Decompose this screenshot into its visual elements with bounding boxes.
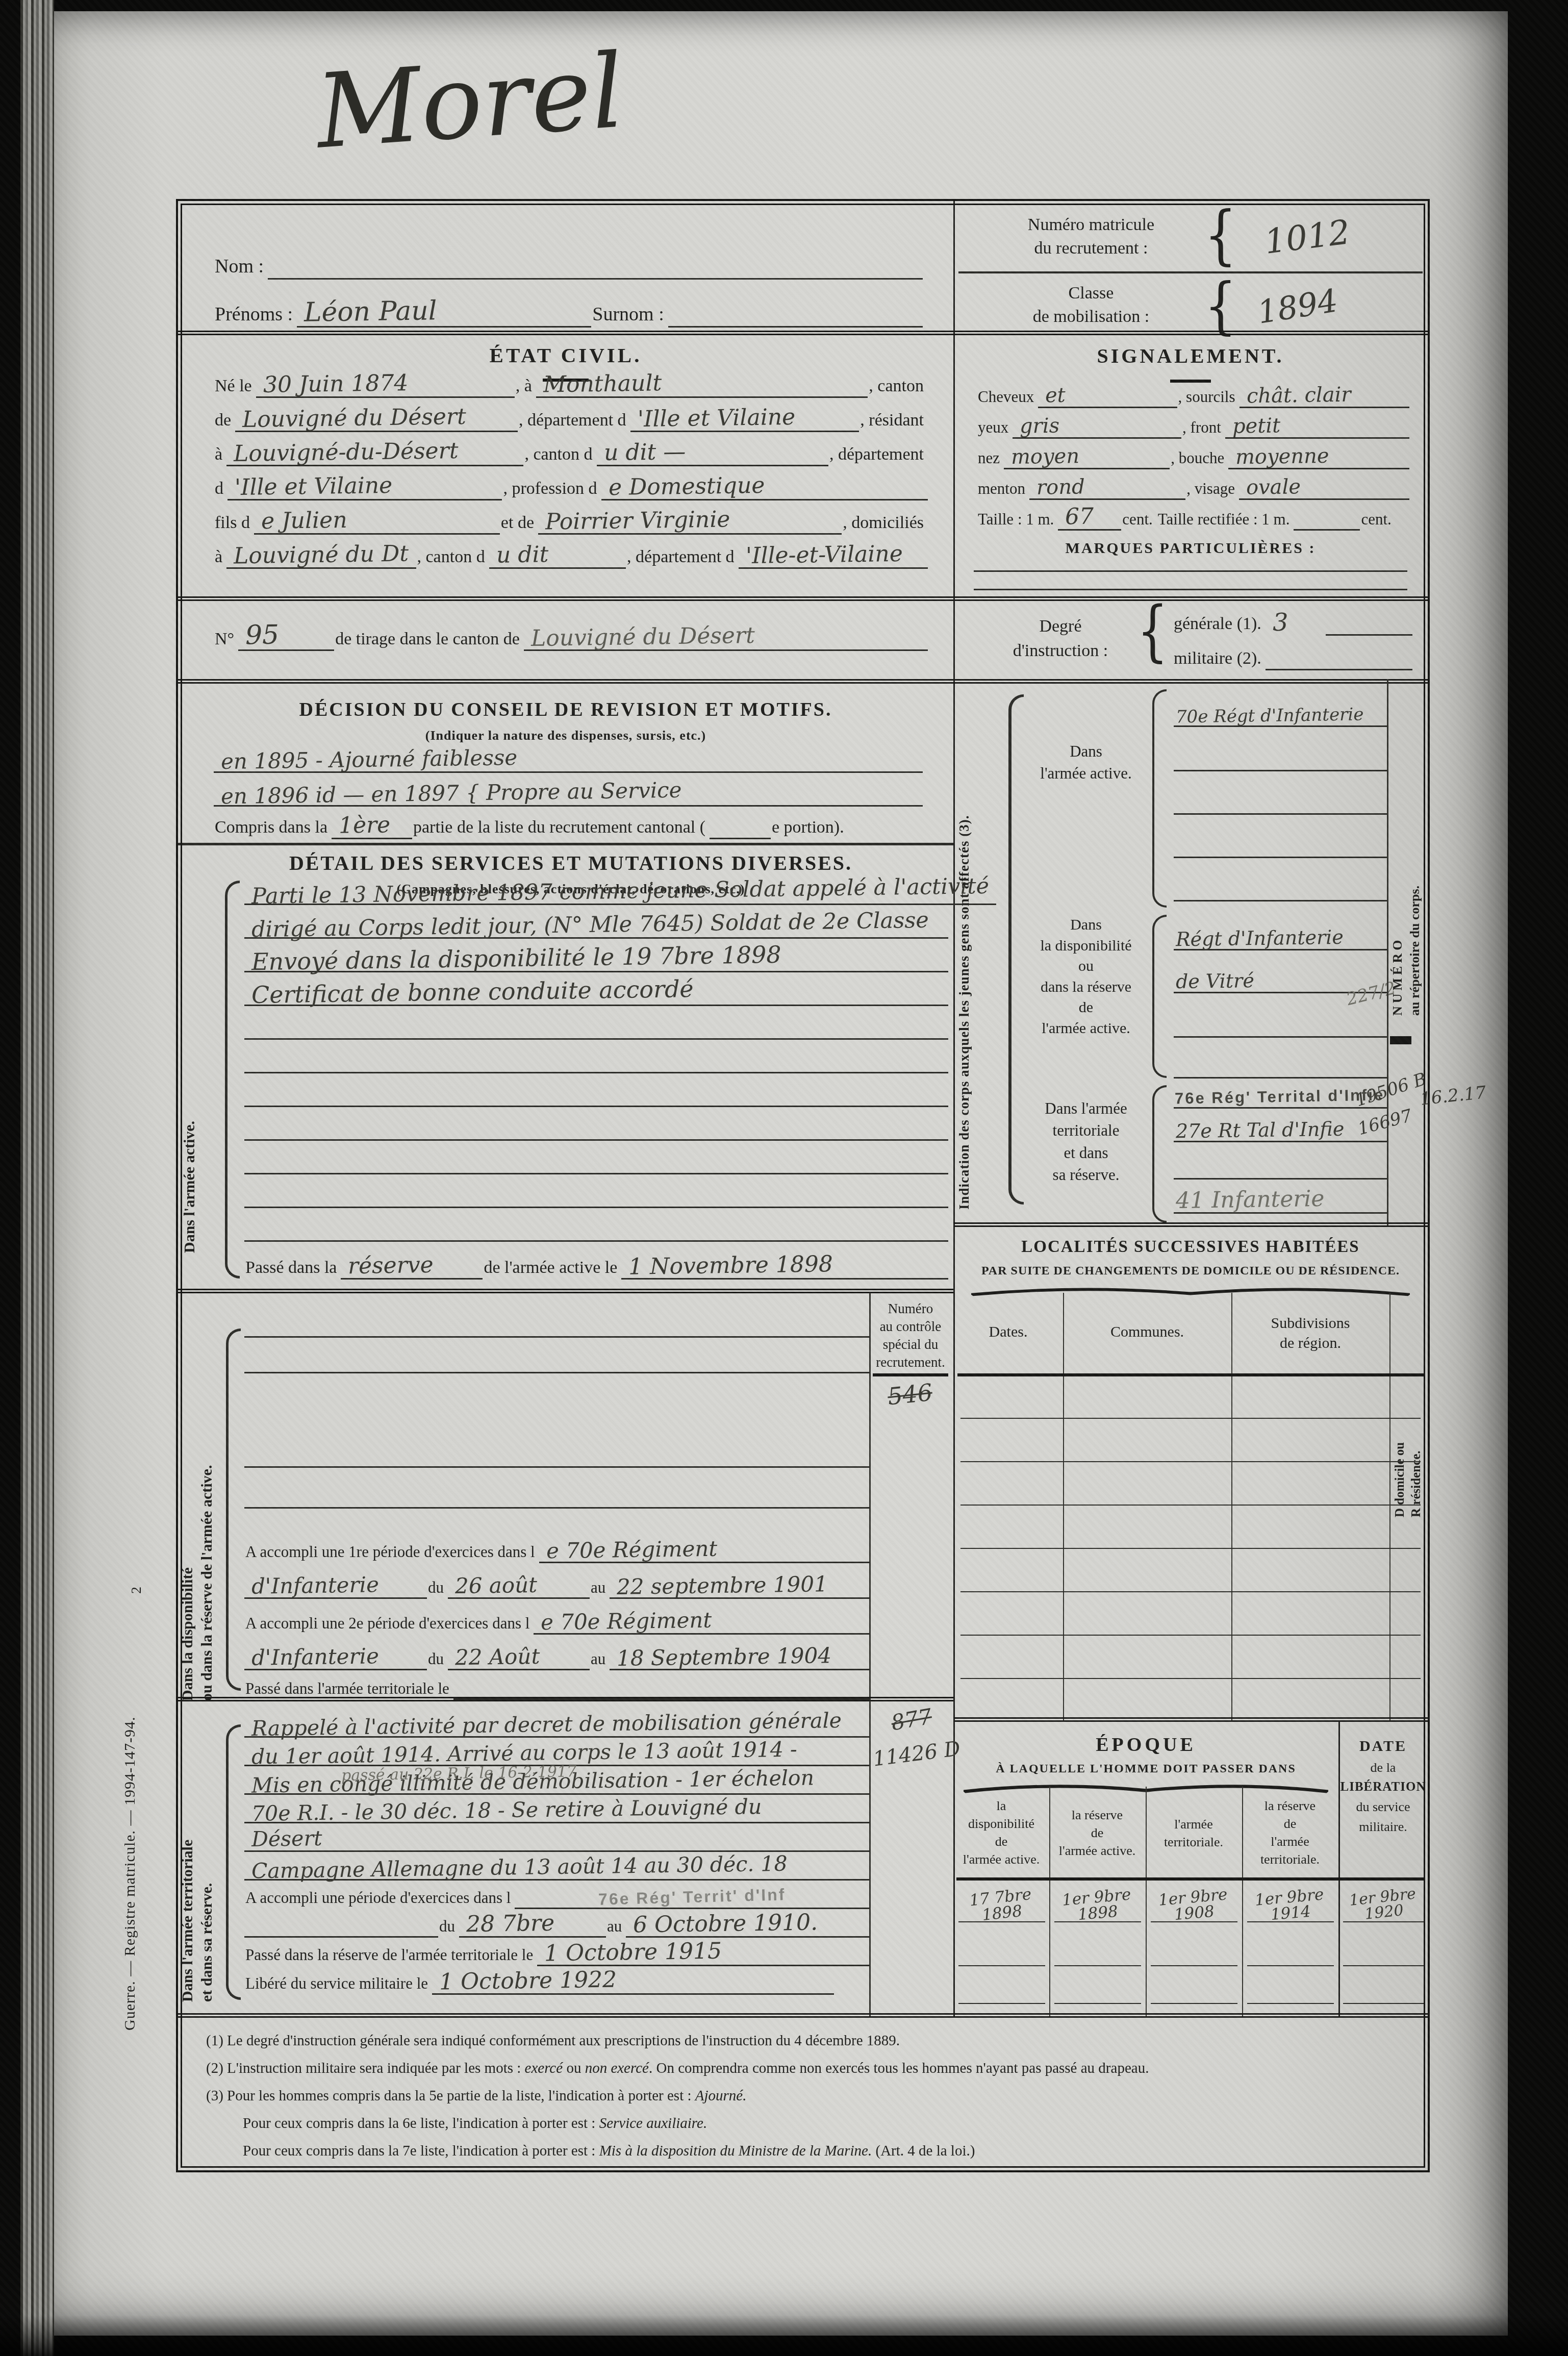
- nom-row: Nom :: [214, 248, 923, 280]
- header-right: Numéro matricule du recrutement : { 1012…: [953, 201, 1428, 335]
- a-label: , à: [515, 377, 536, 398]
- surnom-line: [668, 326, 923, 328]
- corps-terr-value-3: 41 Infanterie: [1174, 1189, 1387, 1214]
- epoque-empty-rule-3b: [1151, 2003, 1237, 2004]
- terr-periode-stamp-cell: 76e Rég' Territ' d'Inf: [515, 1888, 869, 1909]
- terr-line-1-value: Rappelé à l'activité par decret de mobil…: [244, 1714, 869, 1738]
- p2-value: e 70e Régiment: [534, 1611, 869, 1635]
- territoriale-margin-number-2: 11426 D: [872, 1739, 962, 1770]
- corps-dispo-brace-icon: [1152, 915, 1167, 1078]
- dispo-p1-row-b: d'Infanterie du 26 août au 22 septembre …: [244, 1568, 869, 1599]
- p2-du-label: du: [427, 1651, 448, 1670]
- epoque-section: ÉPOQUE À LAQUELLE L'HOMME DOIT PASSER DA…: [953, 1721, 1428, 2017]
- terr-periode-label: A accompli une période d'exercices dans …: [244, 1890, 515, 1909]
- tirage-row: N° 95 de tirage dans le canton de Louvig…: [214, 615, 928, 651]
- corps-side-caption: Indication des corps auxquels les jeunes…: [956, 699, 972, 1210]
- yeux-label: yeux: [977, 419, 1013, 439]
- footnotes-top-line: [178, 2013, 1428, 2018]
- matricule-label: Numéro matricule du recrutement :: [984, 213, 1198, 260]
- localites-header-rule: [957, 1373, 1424, 1376]
- visage-value: ovale: [1239, 477, 1409, 500]
- cheveux-label: Cheveux: [977, 389, 1038, 408]
- localites-row-6: [960, 1635, 1421, 1636]
- epoque-value-rule-3: [1151, 1921, 1237, 1922]
- menton-value: rond: [1029, 477, 1185, 500]
- corps-dispo-label: Dans la disponibilité ou dans la réserve…: [1022, 915, 1150, 1039]
- services-empty-line-5: [244, 1038, 948, 1040]
- numero-controle-value-wrap: 546: [872, 1383, 948, 1406]
- epoque-col-4: la réserve de l'armée territoriale.: [1244, 1797, 1336, 1868]
- corps-dispo-line-4: [1174, 1077, 1387, 1079]
- p2-date-2: 18 Septembre 1904: [610, 1646, 869, 1670]
- terr-margin-divider: [869, 1701, 871, 2017]
- dispo-passe-terr-row: Passé dans l'armée territoriale le: [244, 1671, 869, 1700]
- epoque-value-3: 1er 9bre 1908: [1147, 1890, 1241, 1921]
- etat-civil-title: ÉTAT CIVIL.: [178, 343, 953, 367]
- localites-row-7: [960, 1678, 1421, 1679]
- services-empty-line-10: [244, 1207, 948, 1208]
- epoque-header-rule: [956, 1877, 1425, 1881]
- localites-col-divider-3: [1389, 1293, 1390, 1721]
- corps-active-value-row: 70e Régt d'Infanterie: [1174, 697, 1387, 727]
- epoque-value-rule-5: [1343, 1921, 1424, 1922]
- epoque-empty-rule-4b: [1247, 2003, 1334, 2004]
- terr-line-3-value: Mis en congé illimité de démobilisation …: [244, 1771, 869, 1795]
- terr-line-1: Rappelé à l'activité par decret de mobil…: [244, 1708, 869, 1738]
- dom-canton-value: u dit: [489, 544, 626, 569]
- classe-label: Classe de mobilisation :: [984, 282, 1198, 329]
- decision-section: DÉCISION DU CONSEIL DE REVISION ET MOTIF…: [178, 683, 953, 844]
- taille-value: 67: [1058, 506, 1121, 531]
- localites-row-4: [960, 1548, 1421, 1549]
- localites-row-3: [960, 1505, 1421, 1506]
- cheveux-value: et: [1038, 385, 1177, 408]
- degre-brace-icon: {: [1137, 592, 1168, 669]
- services-line-4-value: Certificat de bonne conduite accordé: [244, 980, 948, 1006]
- signalement-section: SIGNALEMENT. Cheveux et , sourcils chât.…: [953, 335, 1428, 596]
- sig-row-1: Cheveux et , sourcils chât. clair: [977, 380, 1409, 408]
- res-canton-value: u dit —: [597, 441, 828, 466]
- etat-row-4: d 'Ille et Vilaine , profession d e Dome…: [214, 469, 928, 500]
- degre-generale-label: générale (1).: [1173, 615, 1266, 636]
- terr-passe-date: 1 Octobre 1915: [537, 1941, 869, 1966]
- res-a-label: à: [214, 445, 226, 466]
- terr-libere-row: Libéré du service militaire le 1 Octobre…: [244, 1965, 869, 1995]
- territoriale-brace-icon: [226, 1724, 241, 2000]
- services-brace-icon: [225, 881, 240, 1279]
- terr-periode-row-a: A accompli une période d'exercices dans …: [244, 1879, 869, 1909]
- bouche-value: moyenne: [1228, 446, 1409, 469]
- tirage-no-label: N°: [214, 630, 238, 651]
- degre-label: Degré d'instruction :: [989, 614, 1132, 663]
- decision-title: DÉCISION DU CONSEIL DE REVISION ET MOTIF…: [193, 698, 938, 721]
- etat-row-5: fils d e Julien et de Poirrier Virginie …: [214, 503, 928, 535]
- dom-a-label: à: [214, 548, 226, 569]
- corps-terr-value-row-2: 27e Rt Tal d'Infie: [1174, 1114, 1387, 1142]
- services-empty-line-11: [244, 1240, 948, 1242]
- dispo-empty-line-3: [244, 1466, 869, 1468]
- epoque-value-1: 17 7bre 1898: [954, 1890, 1048, 1921]
- numero-controle-header: Numéro au contrôle spécial du recrutemen…: [872, 1300, 949, 1371]
- compris-value: 1ère: [332, 814, 412, 839]
- de-label: de: [214, 411, 235, 432]
- degre-generale-row: générale (1). 3: [1173, 606, 1412, 636]
- corps-terr-brace-icon: [1152, 1085, 1167, 1223]
- marques-line-1: [974, 570, 1407, 572]
- pere-value: e Julien: [254, 510, 500, 535]
- services-section: DÉTAIL DES SERVICES ET MUTATIONS DIVERSE…: [178, 845, 953, 1293]
- taille-rect-label: Taille rectifiée : 1 m.: [1157, 511, 1294, 531]
- services-empty-line-8: [244, 1139, 948, 1141]
- terr-periode-stamp: 76e Rég' Territ' d'Inf: [598, 1885, 786, 1909]
- corps-terr-number-1: 19506 B: [1353, 1070, 1428, 1110]
- localites-wavy-rule-icon: [971, 1284, 1410, 1297]
- sig-row-2: yeux gris , front petit: [977, 410, 1409, 439]
- degre-militaire-line: [1266, 669, 1412, 670]
- compris-label: Compris dans la: [214, 818, 332, 839]
- corps-side-brace-icon: [1008, 694, 1024, 1205]
- corps-dispo-line-3: [1174, 1036, 1387, 1038]
- decision-line-2: en 1896 id — en 1897 { Propre au Service: [214, 777, 923, 807]
- footnote-4: Pour ceux compris dans la 6e liste, l'in…: [243, 2112, 707, 2135]
- header-right-divider: [958, 271, 1423, 273]
- corps-active-brace-icon: [1152, 689, 1167, 908]
- decision-compris-row: Compris dans la 1ère partie de la liste …: [214, 810, 923, 839]
- p1-date-2: 22 septembre 1901: [610, 1575, 869, 1599]
- terr-du-label: du: [438, 1918, 459, 1938]
- terr-passe-label: Passé dans la réserve de l'armée territo…: [244, 1947, 537, 1966]
- p2-au-label: au: [590, 1651, 610, 1670]
- epoque-date-divider: [1338, 1721, 1340, 2017]
- numero-controle-divider: [869, 1293, 871, 1701]
- corps-active-line-2: [1174, 770, 1387, 771]
- services-title: DÉTAIL DES SERVICES ET MUTATIONS DIVERSE…: [209, 851, 933, 875]
- dispo-empty-line-2: [244, 1372, 869, 1373]
- terr-libere-label: Libéré du service militaire le: [244, 1975, 432, 1995]
- nez-value: moyen: [1004, 446, 1170, 469]
- degre-generale-line: [1326, 634, 1412, 636]
- scanned-register-photo: Guerre. — Registre matricule. — 1994-147…: [0, 0, 1568, 2356]
- etat-row-3: à Louvigné-du-Désert , canton d u dit — …: [214, 435, 928, 466]
- dom-dept-label: , département d: [626, 548, 739, 569]
- territoriale-side-label: Dans l'armée territoriale et dans sa rés…: [179, 1726, 216, 2002]
- services-line-3: Envoyé dans la disponibilité le 19 7bre …: [244, 942, 948, 972]
- corps-terr-label: Dans l'armée territoriale et dans sa rés…: [1022, 1097, 1150, 1186]
- degre-section: Degré d'instruction : { générale (1). 3 …: [953, 601, 1428, 679]
- footnote-3: (3) Pour les hommes compris dans la 5e p…: [206, 2085, 746, 2108]
- services-line-1: Parti le 13 Novembre 1897 comme jeune So…: [244, 874, 948, 905]
- degre-militaire-row: militaire (2).: [1173, 641, 1412, 670]
- terr-line-4: 70e R.I. - le 30 déc. 18 - Se retire à L…: [244, 1794, 869, 1823]
- photo-bottom-shadow: [0, 2315, 1568, 2356]
- services-passe-value: réserve: [341, 1255, 483, 1280]
- services-empty-line-6: [244, 1072, 948, 1073]
- sig-row-taille: Taille : 1 m. 67 cent. Taille rectifiée …: [977, 502, 1409, 531]
- localites-col-dr: D domicile ou R résidence.: [1393, 1303, 1424, 1517]
- nom-signature: Morel: [313, 40, 627, 164]
- p1-value: e 70e Régiment: [539, 1539, 869, 1563]
- tirage-no-value: 95: [238, 622, 334, 651]
- header-left: Nom : Prénoms : Léon Paul Surnom :: [178, 201, 953, 335]
- etat-row-2: de Louvigné du Désert , département d 'I…: [214, 400, 928, 432]
- localites-row-1: [960, 1418, 1421, 1419]
- numero-controle-value: 546: [887, 1381, 933, 1409]
- prenoms-value: Léon Paul: [297, 298, 591, 328]
- canton-label: , canton: [868, 377, 928, 398]
- epoque-value-rule-4: [1247, 1921, 1334, 1922]
- p2-label: A accompli une 2e période d'exercices da…: [244, 1615, 534, 1635]
- decision-line-2-value: en 1896 id — en 1897 { Propre au Service: [214, 783, 923, 807]
- dispo-brace-icon: [226, 1329, 241, 1691]
- corps-active-label: Dans l'armée active.: [1022, 740, 1150, 785]
- epoque-empty-rule-4a: [1247, 1965, 1334, 1966]
- terr-line-2: du 1er août 1914. Arrivé au corps le 13 …: [244, 1737, 869, 1766]
- yeux-value: gris: [1013, 416, 1181, 439]
- corps-active-value: 70e Régt d'Infanterie: [1174, 707, 1387, 727]
- prof-label: , profession d: [502, 480, 601, 500]
- services-passe-label: Passé dans la: [244, 1259, 341, 1280]
- terr-line-5-value: Désert: [244, 1828, 869, 1852]
- mere-value: Poirrier Virginie: [538, 510, 842, 535]
- territoriale-margin-number-1: 877: [890, 1706, 933, 1734]
- epoque-empty-rule-3a: [1151, 1965, 1237, 1966]
- prof-value: e Domestique: [601, 475, 928, 500]
- visage-label: , visage: [1185, 481, 1239, 500]
- dom-dept-value: 'Ille-et-Vilaine: [739, 544, 928, 569]
- p1-du-label: du: [427, 1580, 448, 1599]
- compris-label-3: e portion).: [771, 818, 848, 839]
- terr-periode-row-b: du 28 7bre au 6 Octobre 1910.: [244, 1908, 869, 1938]
- etat-civil-section: ÉTAT CIVIL. Né le 30 Juin 1874 , à Month…: [178, 335, 953, 596]
- margin-page-number: 2: [129, 1587, 145, 1594]
- terr-line-5: Désert: [244, 1822, 869, 1852]
- matricule-brace-icon: {: [1204, 197, 1237, 272]
- corps-dispo-value-row-1: Régt d'Infanterie: [1174, 921, 1387, 950]
- p1-label: A accompli une 1re période d'exercices d…: [244, 1544, 539, 1563]
- terr-periode-date-1: 28 7bre: [459, 1913, 606, 1938]
- marques-label: MARQUES PARTICULIÈRES :: [953, 540, 1428, 557]
- dispo-empty-line-1: [244, 1336, 869, 1338]
- res-dept-label: , département: [828, 445, 928, 466]
- epoque-value-2: 1er 9bre 1898: [1050, 1890, 1144, 1921]
- terr-line-4-value: 70e R.I. - le 30 déc. 18 - Se retire à L…: [244, 1800, 869, 1823]
- menton-label: menton: [977, 481, 1029, 500]
- localites-col-subdivisions: Subdivisions de région.: [1231, 1313, 1389, 1353]
- domicilies-label: , domiciliés: [842, 514, 928, 535]
- epoque-value-4: 1er 9bre 1914: [1243, 1890, 1337, 1921]
- terr-au-label: au: [606, 1918, 626, 1938]
- margin-caption: Guerre. — Registre matricule. — 1994-147…: [121, 1592, 150, 2051]
- degre-generale-value: 3: [1266, 610, 1326, 636]
- corps-active-line-3: [1174, 813, 1387, 815]
- footnote-5: Pour ceux compris dans la 7e liste, l'in…: [243, 2140, 975, 2163]
- numero-repertoire-divider: [1387, 679, 1388, 1226]
- bouche-label: , bouche: [1170, 450, 1228, 469]
- margin-caption-text: Guerre. — Registre matricule. — 1994-147…: [121, 1592, 139, 2031]
- corps-terr-value-2: 27e Rt Tal d'Infie: [1174, 1120, 1387, 1142]
- epoque-empty-rule-1b: [958, 2003, 1045, 2004]
- ne-lieu: Monthault: [536, 373, 868, 398]
- epoque-value-rule-1: [958, 1921, 1045, 1922]
- localites-col-communes: Communes.: [1063, 1323, 1231, 1341]
- localites-section: LOCALITÉS SUCCESSIVES HABITÉES PAR SUITE…: [953, 1226, 1428, 1721]
- ne-label: Né le: [214, 377, 256, 398]
- res-canton-label: , canton d: [523, 445, 596, 466]
- cent2-label: cent.: [1360, 511, 1395, 531]
- services-line-4: Certificat de bonne conduite accordé: [244, 975, 948, 1006]
- numero-repertoire-caption: NUMÉRO au répertoire du corps.: [1390, 684, 1423, 1016]
- p1-value-2: d'Infanterie: [244, 1575, 427, 1599]
- services-line-2-value: dirigé au Corps ledit jour, (N° Mle 7645…: [244, 914, 948, 939]
- cent-label: cent.: [1121, 511, 1156, 531]
- epoque-col-3: l'armée territoriale.: [1148, 1815, 1240, 1851]
- fils-label: fils d: [214, 514, 254, 535]
- nez-label: nez: [977, 450, 1004, 469]
- dispo-empty-line-4: [244, 1507, 869, 1509]
- corps-active-line-4: [1174, 857, 1387, 858]
- matricule-value: 1012: [1263, 215, 1352, 259]
- corps-dispo-value-1: Régt d'Infanterie: [1174, 929, 1387, 950]
- epoque-date-title: DATE de la LIBÉRATION du service militai…: [1338, 1735, 1428, 1837]
- decision-line-1: en 1895 - Ajourné faiblesse: [214, 743, 923, 773]
- epoque-empty-rule-1a: [958, 1965, 1045, 1966]
- decision-subtitle: (Indiquer la nature des dispenses, sursi…: [193, 728, 938, 743]
- tirage-canton-value: Louvigné du Désert: [524, 626, 928, 651]
- classe-value: 1894: [1255, 285, 1340, 329]
- services-passe-label-2: de l'armée active le: [483, 1259, 621, 1280]
- localites-col-dates: Dates.: [953, 1323, 1063, 1341]
- corps-active-line-5: [1174, 900, 1387, 901]
- sourcils-label: , sourcils: [1177, 389, 1240, 408]
- res-dept-d: d: [214, 480, 227, 500]
- numero-repertoire-mark: [1390, 1036, 1411, 1044]
- corps-section: Indication des corps auxquels les jeunes…: [953, 679, 1428, 1226]
- localites-title: LOCALITÉS SUCCESSIVES HABITÉES: [953, 1238, 1428, 1257]
- front-label: , front: [1181, 419, 1225, 439]
- taille-label: Taille : 1 m.: [977, 511, 1058, 531]
- terr-stamp: 76e Rég' Territal d'Infie: [1175, 1086, 1385, 1108]
- dispo-side-label: Dans la disponibilité ou dans la réserve…: [179, 1323, 216, 1701]
- marques-line-2: [974, 589, 1407, 590]
- dispo-p2-row-b: d'Infanterie du 22 Août au 18 Septembre …: [244, 1640, 869, 1670]
- epoque-title: ÉPOQUE: [953, 1734, 1338, 1756]
- dom-value: Louvigné du Dt: [226, 544, 416, 569]
- epoque-value-rule-2: [1054, 1921, 1141, 1922]
- ne-date: 30 Juin 1874: [256, 373, 515, 398]
- degre-militaire-label: militaire (2).: [1173, 649, 1266, 670]
- epoque-empty-rule-2b: [1054, 2003, 1141, 2004]
- decision-line-1-value: en 1895 - Ajourné faiblesse: [214, 749, 923, 773]
- epoque-empty-rule-5a: [1343, 1965, 1424, 1966]
- terr-line-3: Mis en congé illimité de démobilisation …: [244, 1765, 869, 1795]
- dept-label: , département d: [518, 411, 630, 432]
- territoriale-section: Dans l'armée territoriale et dans sa rés…: [178, 1701, 953, 2017]
- matricule-form: Nom : Prénoms : Léon Paul Surnom : Numér…: [176, 199, 1430, 2172]
- dom-canton-label: , canton d: [416, 548, 489, 569]
- surnom-label: Surnom :: [591, 305, 668, 328]
- compris-portion-line: [710, 838, 771, 839]
- terr-line-6: Campagne Allemagne du 13 août 14 au 30 d…: [244, 1851, 869, 1881]
- res-dept-value: 'Ille et Vilaine: [227, 475, 502, 500]
- epoque-empty-rule-2a: [1054, 1965, 1141, 1966]
- sourcils-value: chât. clair: [1240, 385, 1409, 408]
- res-value: Louvigné-du-Désert: [226, 441, 523, 466]
- p2-value-2: d'Infanterie: [244, 1646, 427, 1670]
- etat-signalement-bottom-line: [178, 596, 1428, 601]
- terr-line-6-value: Campagne Allemagne du 13 août 14 au 30 d…: [244, 1857, 869, 1881]
- localites-subtitle: PAR SUITE DE CHANGEMENTS DE DOMICILE OU …: [953, 1264, 1428, 1278]
- tirage-text: de tirage dans le canton de: [334, 630, 524, 651]
- services-side-label: Dans l'armée active.: [181, 967, 198, 1253]
- taille-rect-line: [1294, 529, 1360, 531]
- nom-line: [268, 278, 923, 280]
- p2-date-1: 22 Août: [448, 1646, 590, 1670]
- dispo-p1-row-a: A accompli une 1re période d'exercices d…: [244, 1533, 869, 1563]
- terr-periode-date-2: 6 Octobre 1910.: [626, 1913, 869, 1938]
- sig-row-4: menton rond , visage ovale: [977, 471, 1409, 500]
- etat-row-6: à Louvigné du Dt , canton d u dit , dépa…: [214, 537, 928, 569]
- terr-libere-date: 1 Octobre 1922: [432, 1970, 834, 1995]
- services-line-2: dirigé au Corps ledit jour, (N° Mle 7645…: [244, 908, 948, 939]
- terr-passe-row: Passé dans la réserve de l'armée territo…: [244, 1937, 869, 1966]
- localites-row-5: [960, 1591, 1421, 1592]
- epoque-empty-rule-5b: [1343, 2003, 1424, 2004]
- services-empty-line-9: [244, 1173, 948, 1174]
- residant-label: , résidant: [859, 411, 928, 432]
- prenoms-label: Prénoms :: [214, 305, 297, 328]
- footnote-2: (2) L'instruction militaire sera indiqué…: [206, 2057, 1149, 2080]
- canton-value: Louvigné du Désert: [235, 407, 518, 432]
- tirage-section: N° 95 de tirage dans le canton de Louvig…: [178, 601, 953, 679]
- et-de-label: et de: [500, 514, 538, 535]
- compris-label-2: partie de la liste du recrutement canton…: [412, 818, 710, 839]
- localites-col-divider-2: [1231, 1293, 1232, 1721]
- sig-row-3: nez moyen , bouche moyenne: [977, 441, 1409, 469]
- epoque-col-1: la disponibilité de l'armée active.: [955, 1797, 1047, 1868]
- corps-terr-value-row-3: 41 Infanterie: [1174, 1184, 1387, 1214]
- localites-row-2: [960, 1461, 1421, 1462]
- epoque-subtitle: À LAQUELLE L'HOMME DOIT PASSER DANS: [953, 1762, 1338, 1776]
- dispo-section: Dans la disponibilité ou dans la réserve…: [178, 1293, 953, 1701]
- epoque-value-5: 1er 9bre 1920: [1340, 1890, 1427, 1920]
- services-passe-row: Passé dans la réserve de l'armée active …: [244, 1248, 948, 1280]
- etat-row-1: Né le 30 Juin 1874 , à Monthault , canto…: [214, 366, 928, 398]
- services-line-3-value: Envoyé dans la disponibilité le 19 7bre …: [244, 946, 948, 972]
- p1-au-label: au: [590, 1580, 610, 1599]
- epoque-col-2: la réserve de l'armée active.: [1051, 1806, 1143, 1860]
- services-passe-date: 1 Novembre 1898: [621, 1255, 948, 1280]
- signalement-title: SIGNALEMENT.: [953, 344, 1428, 368]
- dispo-p2-row-a: A accompli une 2e période d'exercices da…: [244, 1604, 869, 1635]
- nom-label: Nom :: [214, 257, 268, 280]
- p1-date-1: 26 août: [448, 1575, 590, 1599]
- services-line-1-value: Parti le 13 Novembre 1897 comme jeune So…: [244, 881, 996, 905]
- numero-controle-header-rule: [873, 1373, 948, 1376]
- localites-col-divider-1: [1063, 1293, 1064, 1721]
- corps-terr-line-3: [1174, 1178, 1387, 1180]
- prenoms-row: Prénoms : Léon Paul Surnom :: [214, 296, 923, 328]
- dept-value: 'Ille et Vilaine: [630, 407, 859, 432]
- footnote-1: (1) Le degré d'instruction générale sera…: [206, 2029, 900, 2052]
- book-spine-edge: [20, 0, 54, 2356]
- services-empty-line-7: [244, 1106, 948, 1107]
- front-value: petit: [1225, 416, 1409, 439]
